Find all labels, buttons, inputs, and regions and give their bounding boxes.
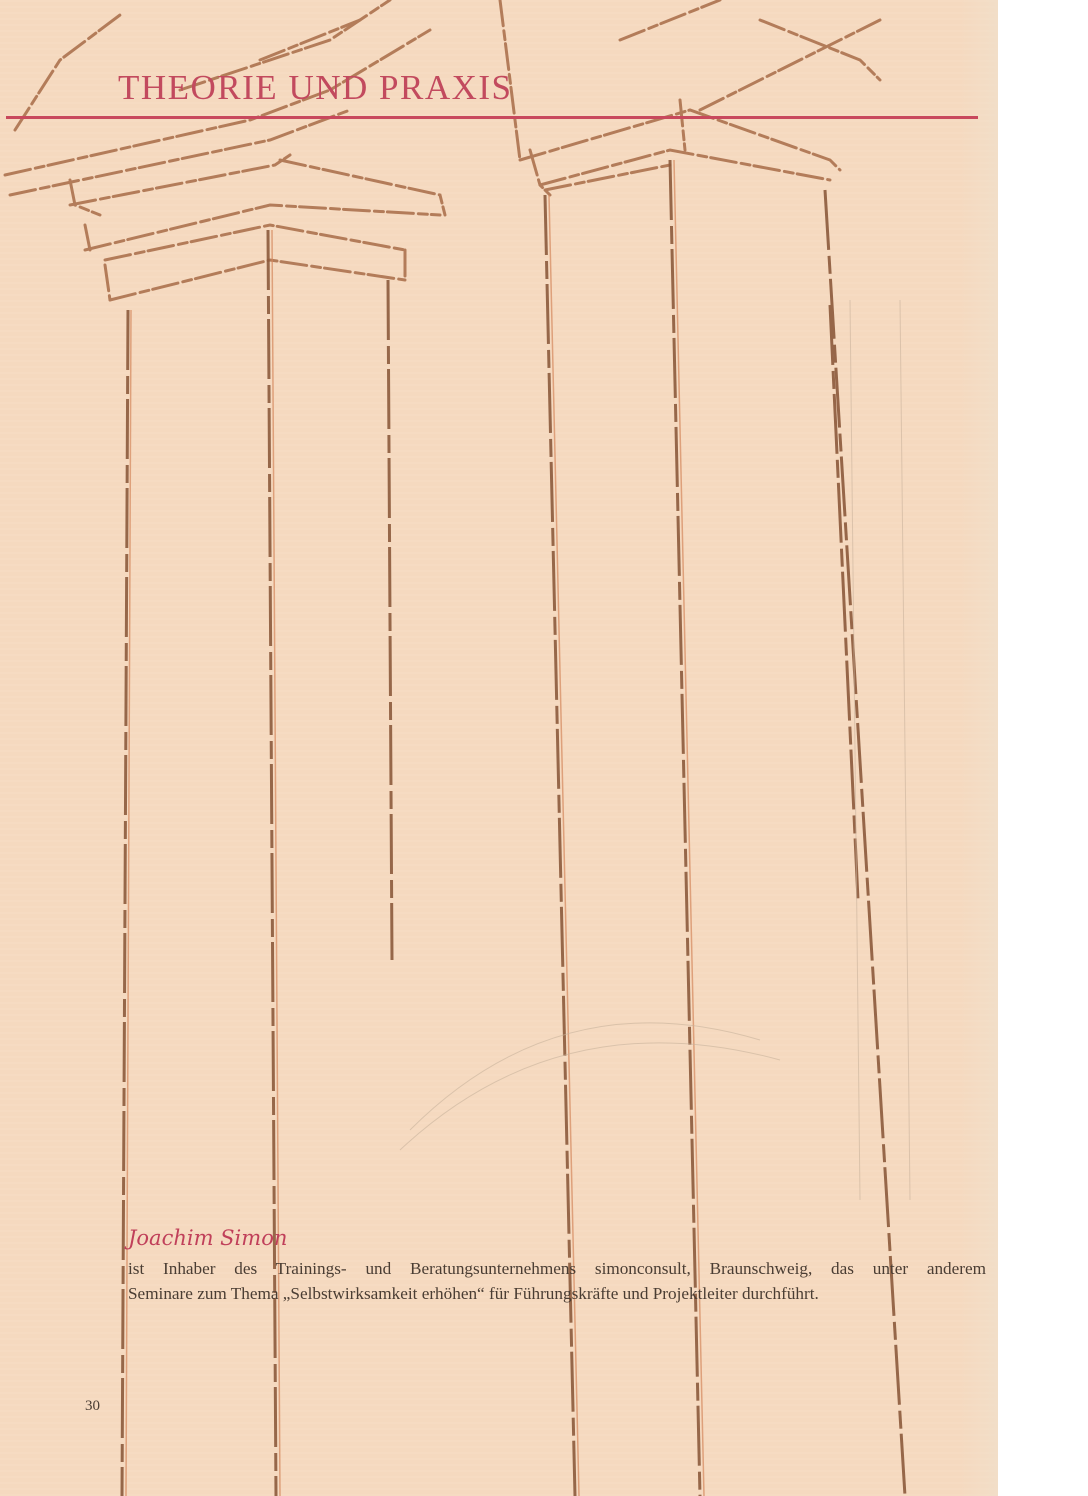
bio-line-1: ist Inhaber des Trainings- und Beratungs… (128, 1256, 986, 1281)
magazine-page: THEORIE UND PRAXIS Joachim Simon ist Inh… (0, 0, 998, 1496)
section-heading: THEORIE UND PRAXIS (118, 68, 513, 108)
author-bio: ist Inhaber des Trainings- und Beratungs… (128, 1256, 988, 1306)
bio-line-2: Seminare zum Thema „Selbstwirksamkeit er… (128, 1281, 988, 1306)
heading-rule (6, 116, 978, 119)
page-number: 30 (85, 1398, 100, 1415)
author-signature: Joachim Simon (128, 1226, 287, 1250)
